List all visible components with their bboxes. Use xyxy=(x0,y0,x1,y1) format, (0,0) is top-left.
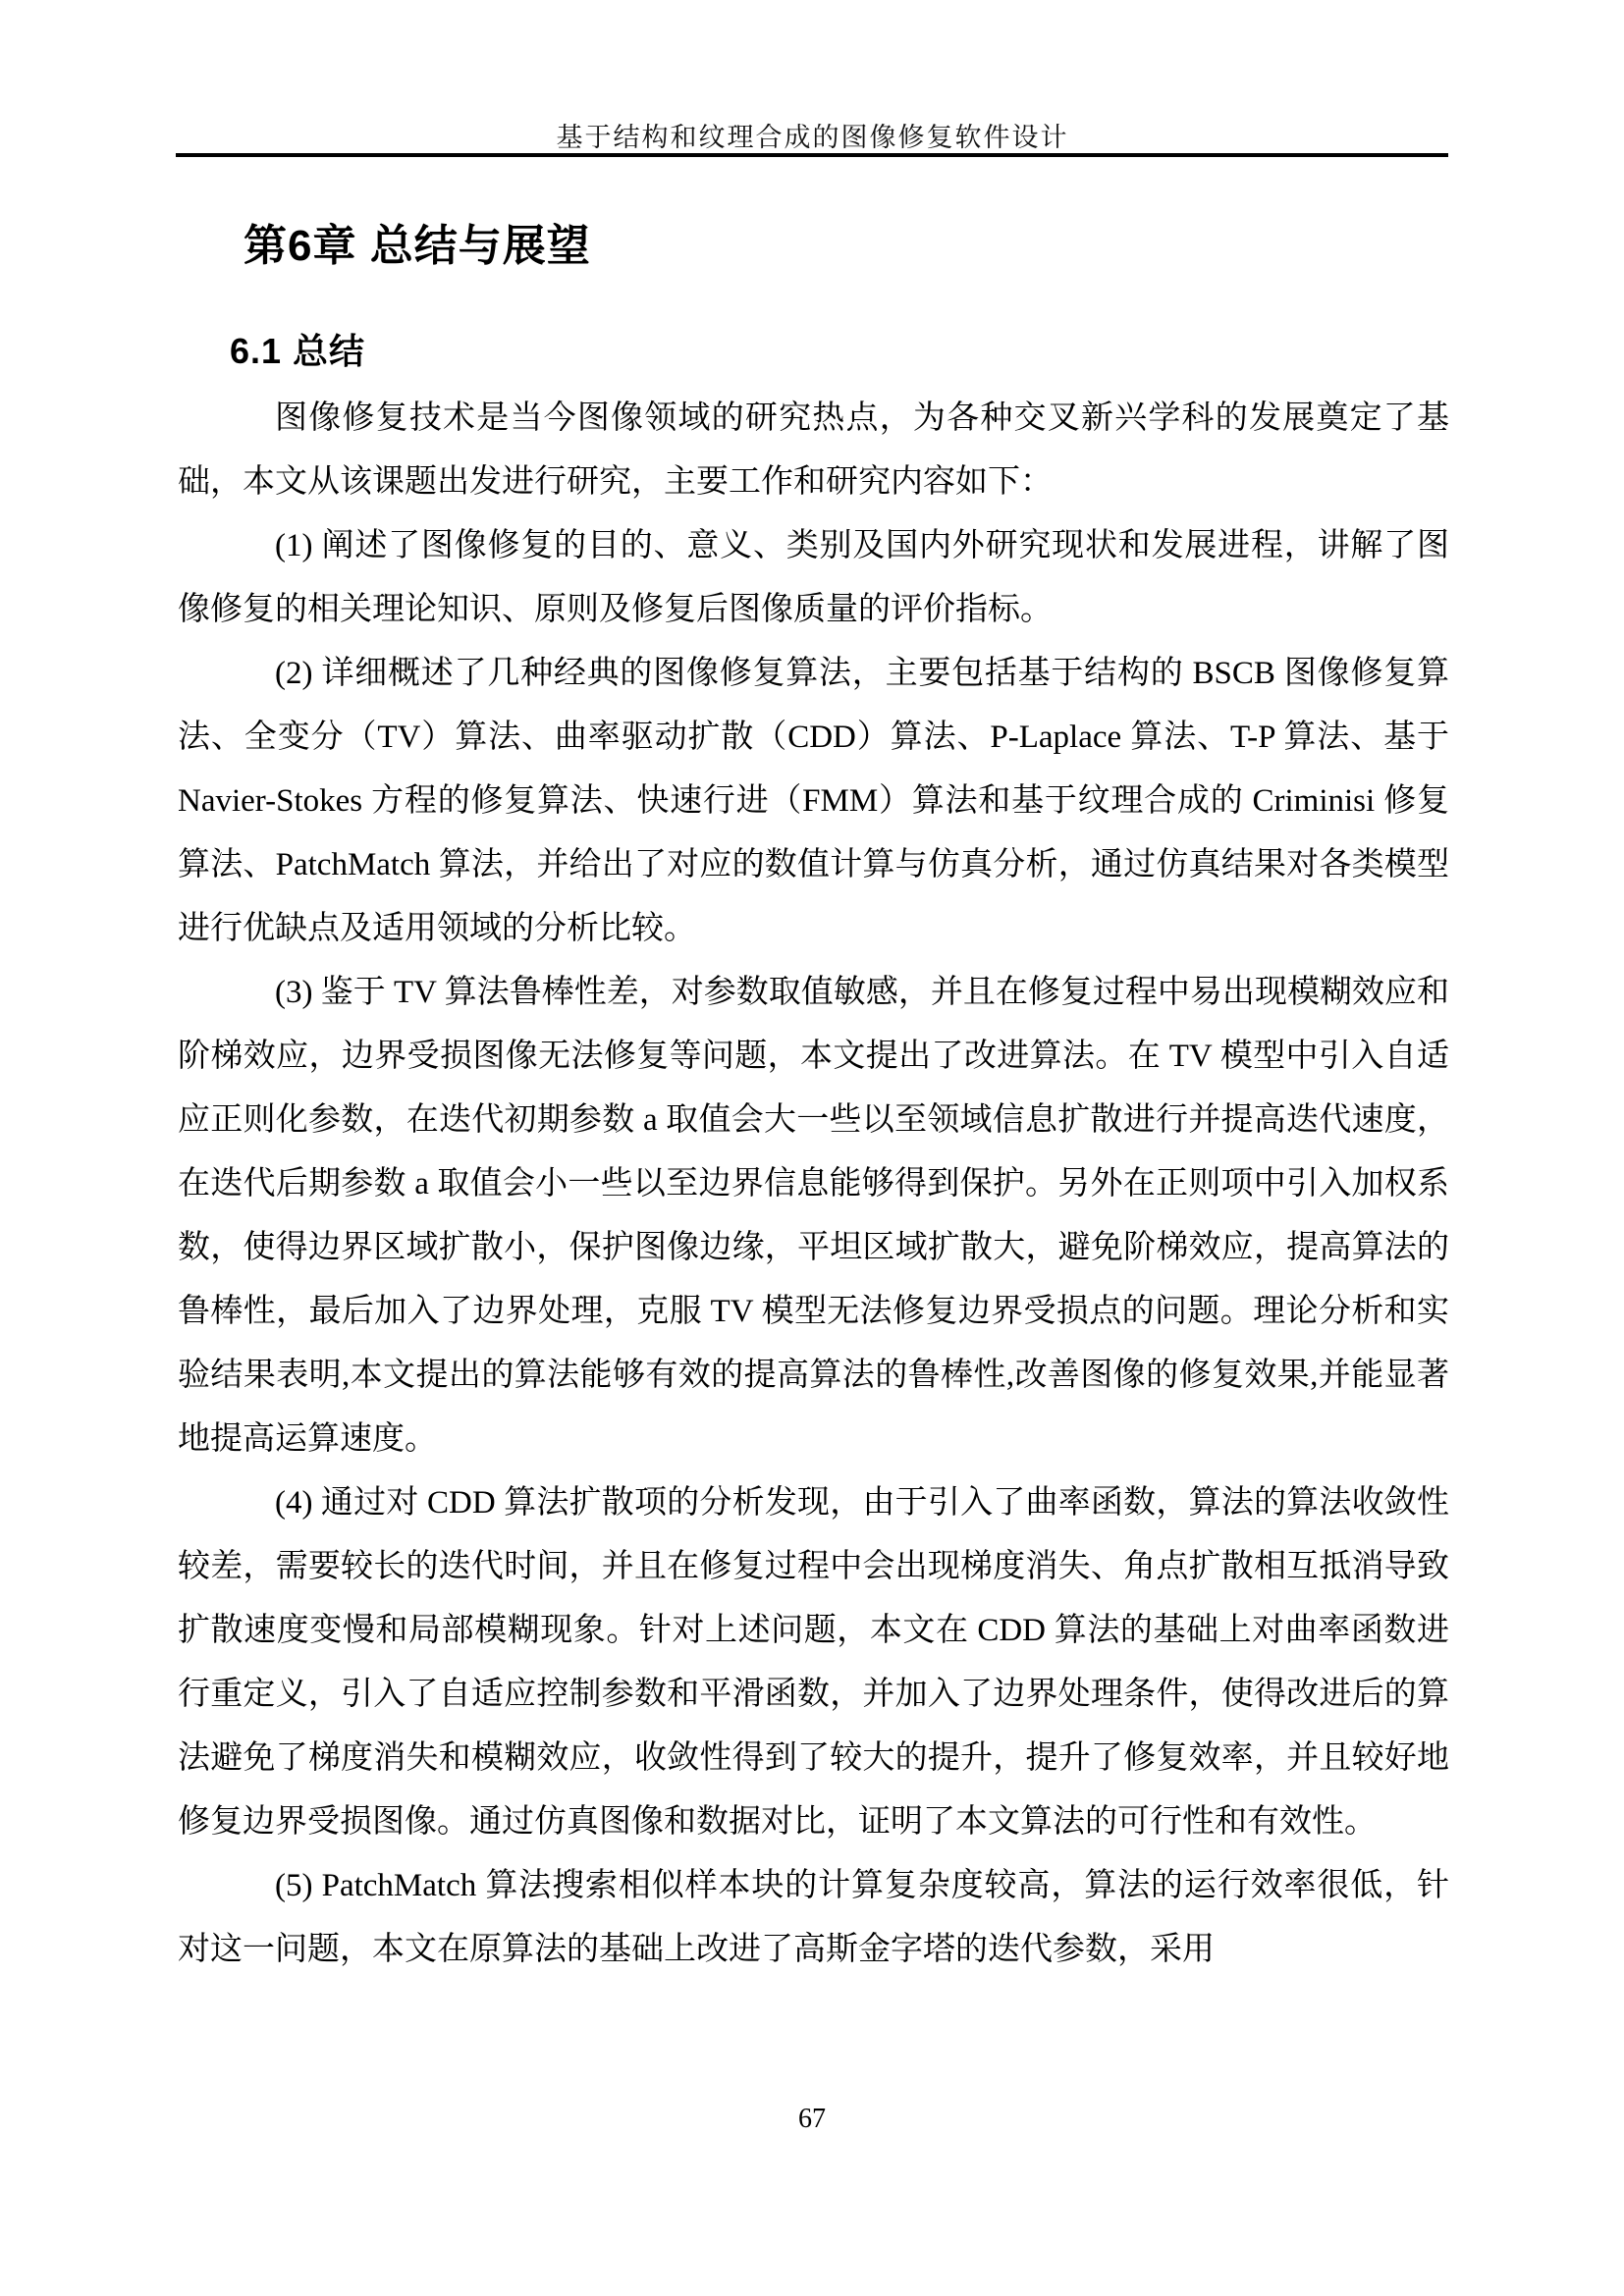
chapter-title: 第6章 总结与展望 xyxy=(244,210,591,273)
page-number: 67 xyxy=(0,2104,1624,2135)
section-title: 6.1 总结 xyxy=(230,324,365,374)
paragraph-item-3: (3) 鉴于 TV 算法鲁棒性差，对参数取值敏感，并且在修复过程中易出现模糊效应… xyxy=(178,961,1449,1471)
thesis-page: 基于结构和纹理合成的图像修复软件设计 第6章 总结与展望 6.1 总结 图像修复… xyxy=(0,0,1624,2296)
paragraph-item-5: (5) PatchMatch 算法搜索相似样本块的计算复杂度较高，算法的运行效率… xyxy=(178,1854,1449,1982)
paragraph-intro: 图像修复技术是当今图像领域的研究热点，为各种交叉新兴学科的发展奠定了基础，本文从… xyxy=(178,387,1449,514)
header-rule xyxy=(176,153,1448,157)
running-header: 基于结构和纹理合成的图像修复软件设计 xyxy=(177,116,1448,154)
paragraph-item-1: (1) 阐述了图像修复的目的、意义、类别及国内外研究现状和发展进程，讲解了图像修… xyxy=(178,514,1449,642)
paragraph-item-4: (4) 通过对 CDD 算法扩散项的分析发现，由于引入了曲率函数，算法的算法收敛… xyxy=(178,1471,1449,1854)
body-text: 图像修复技术是当今图像领域的研究热点，为各种交叉新兴学科的发展奠定了基础，本文从… xyxy=(178,387,1449,1982)
paragraph-item-2: (2) 详细概述了几种经典的图像修复算法，主要包括基于结构的 BSCB 图像修复… xyxy=(178,642,1449,961)
